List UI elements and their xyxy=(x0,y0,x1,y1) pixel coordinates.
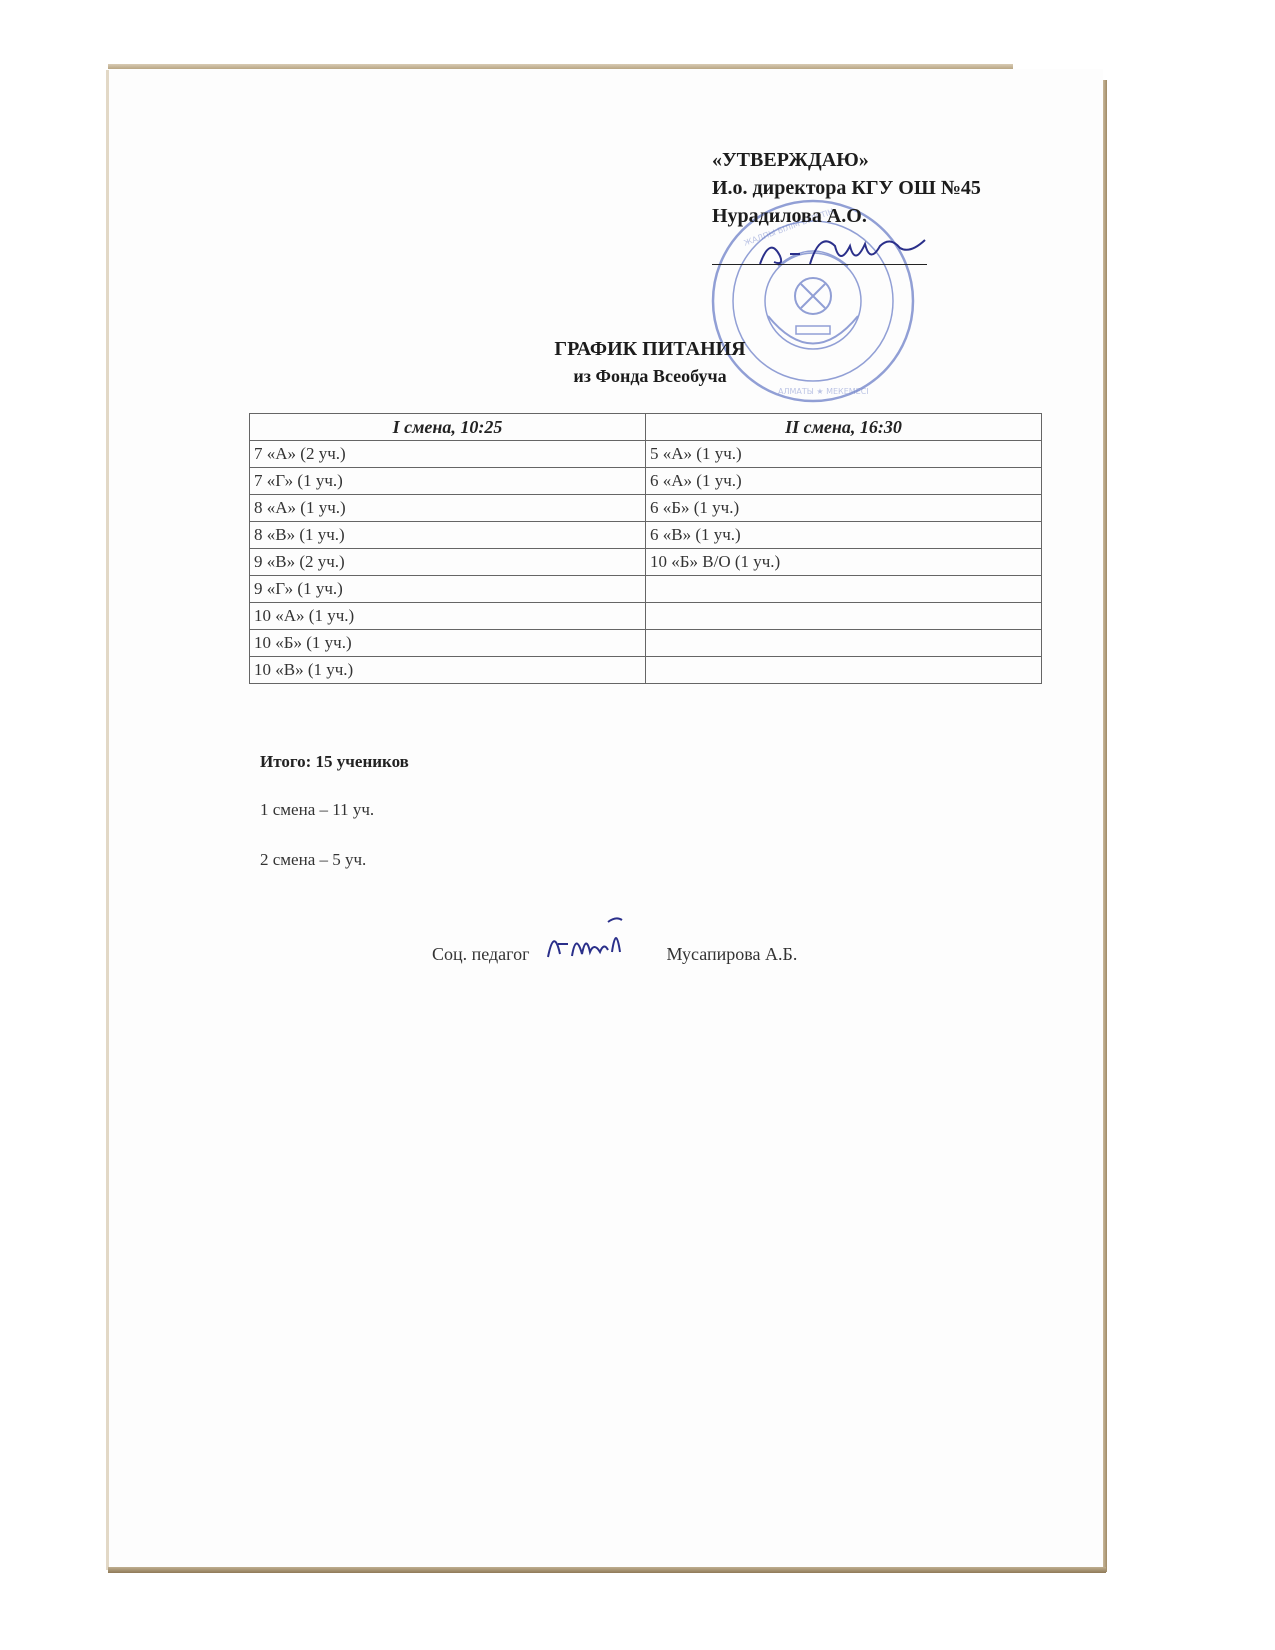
director-signature-icon xyxy=(740,226,930,276)
shift-1-cell: 10 «Б» (1 уч.) xyxy=(250,630,646,657)
shift-1-cell: 9 «В» (2 уч.) xyxy=(250,549,646,576)
shift-1-cell: 9 «Г» (1 уч.) xyxy=(250,576,646,603)
document-subtitle: из Фонда Всеобуча xyxy=(480,366,820,387)
header-shift-2: II смена, 16:30 xyxy=(646,414,1042,441)
shift-2-cell xyxy=(646,657,1042,684)
table-row: 9 «В» (2 уч.)10 «Б» В/О (1 уч.) xyxy=(250,549,1042,576)
document-title: ГРАФИК ПИТАНИЯ xyxy=(480,338,820,361)
table-row: 7 «Г» (1 уч.)6 «А» (1 уч.) xyxy=(250,468,1042,495)
shift-2-cell xyxy=(646,603,1042,630)
paper-edge-bottom xyxy=(108,1567,1106,1573)
table-row: 8 «А» (1 уч.)6 «Б» (1 уч.) xyxy=(250,495,1042,522)
shift-2-cell xyxy=(646,630,1042,657)
table-row: 10 «В» (1 уч.) xyxy=(250,657,1042,684)
table-row: 7 «А» (2 уч.)5 «А» (1 уч.) xyxy=(250,441,1042,468)
table-row: 10 «Б» (1 уч.) xyxy=(250,630,1042,657)
table-header-row: I смена, 10:25 II смена, 16:30 xyxy=(250,414,1042,441)
shift-2-cell: 6 «В» (1 уч.) xyxy=(646,522,1042,549)
shift-2-cell: 10 «Б» В/О (1 уч.) xyxy=(646,549,1042,576)
approval-block: «УТВЕРЖДАЮ» И.о. директора КГУ ОШ №45 Ну… xyxy=(712,146,981,230)
shift-1-total: 1 смена – 11 уч. xyxy=(260,800,374,820)
shift-2-cell: 5 «А» (1 уч.) xyxy=(646,441,1042,468)
signer-role: Соц. педагог xyxy=(432,944,530,965)
shift-2-cell xyxy=(646,576,1042,603)
shift-1-cell: 7 «А» (2 уч.) xyxy=(250,441,646,468)
signature-line xyxy=(712,264,927,265)
meal-schedule-table: I смена, 10:25 II смена, 16:30 7 «А» (2 … xyxy=(249,413,1042,684)
shift-1-cell: 8 «А» (1 уч.) xyxy=(250,495,646,522)
social-pedagogue-signature-icon xyxy=(534,940,662,960)
approval-heading: «УТВЕРЖДАЮ» xyxy=(712,146,981,174)
total-students: Итого: 15 учеников xyxy=(260,752,409,772)
approver-position: И.о. директора КГУ ОШ №45 xyxy=(712,174,981,202)
header-shift-1: I смена, 10:25 xyxy=(250,414,646,441)
signer-line: Соц. педагог Мусапирова А.Б. xyxy=(432,940,797,965)
shift-1-cell: 8 «В» (1 уч.) xyxy=(250,522,646,549)
table-row: 9 «Г» (1 уч.) xyxy=(250,576,1042,603)
table-row: 8 «В» (1 уч.)6 «В» (1 уч.) xyxy=(250,522,1042,549)
shift-1-cell: 7 «Г» (1 уч.) xyxy=(250,468,646,495)
table-row: 10 «А» (1 уч.) xyxy=(250,603,1042,630)
paper-edge-right xyxy=(1103,80,1107,1572)
signer-name: Мусапирова А.Б. xyxy=(667,944,798,965)
shift-1-cell: 10 «В» (1 уч.) xyxy=(250,657,646,684)
shift-1-cell: 10 «А» (1 уч.) xyxy=(250,603,646,630)
shift-2-cell: 6 «Б» (1 уч.) xyxy=(646,495,1042,522)
shift-2-cell: 6 «А» (1 уч.) xyxy=(646,468,1042,495)
document-page xyxy=(109,69,1103,1567)
shift-2-total: 2 смена – 5 уч. xyxy=(260,850,366,870)
